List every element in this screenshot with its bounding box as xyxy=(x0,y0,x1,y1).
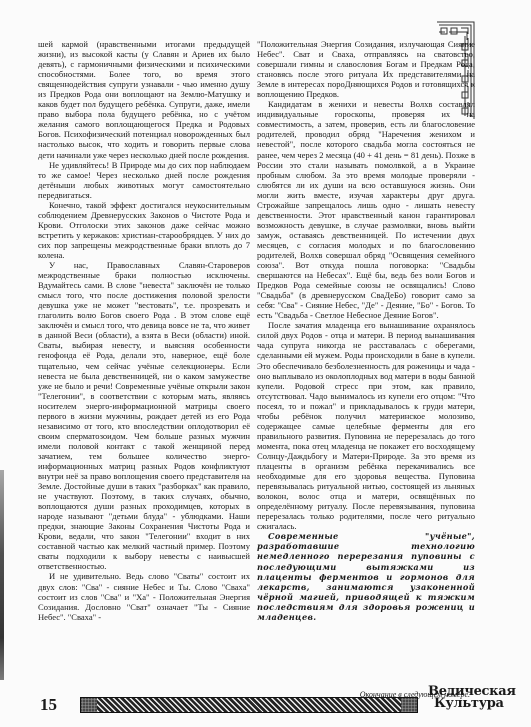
paragraph: Кандидатам в женихи и невесты Волхв сост… xyxy=(257,99,475,320)
paragraph: После зачатия младенца его вынашивание о… xyxy=(257,320,475,531)
knot-ornament-icon xyxy=(401,698,417,712)
logo-line-2: Культура xyxy=(428,698,518,710)
page-number: 15 xyxy=(40,695,57,715)
left-column: шей кармой (нравственными итогами предыд… xyxy=(38,39,250,622)
paragraph: "Положительная Энергия Созидания, излуча… xyxy=(257,39,475,99)
right-column: "Положительная Энергия Созидания, излуча… xyxy=(257,39,475,622)
knot-ornament-icon xyxy=(81,698,97,712)
paragraph: Не удивляйтесь! В Природе мы до сих пор … xyxy=(38,160,250,200)
scan-edge-shadow xyxy=(0,470,4,680)
footer-ornament-band xyxy=(80,697,418,713)
paragraph: шей кармой (нравственными итогами предыд… xyxy=(38,39,250,160)
magazine-logo: Ведическая Культура xyxy=(428,686,518,710)
paragraph: Конечно, такой эффект достигался неукосн… xyxy=(38,200,250,260)
paragraph: И не удивительно. Ведь слово "Сваты" сос… xyxy=(38,571,250,621)
emphasis-paragraph: Современные "учёные", разработавшие техн… xyxy=(257,531,475,622)
paragraph: У нас, Православных Славян-Староверов ме… xyxy=(38,260,250,571)
